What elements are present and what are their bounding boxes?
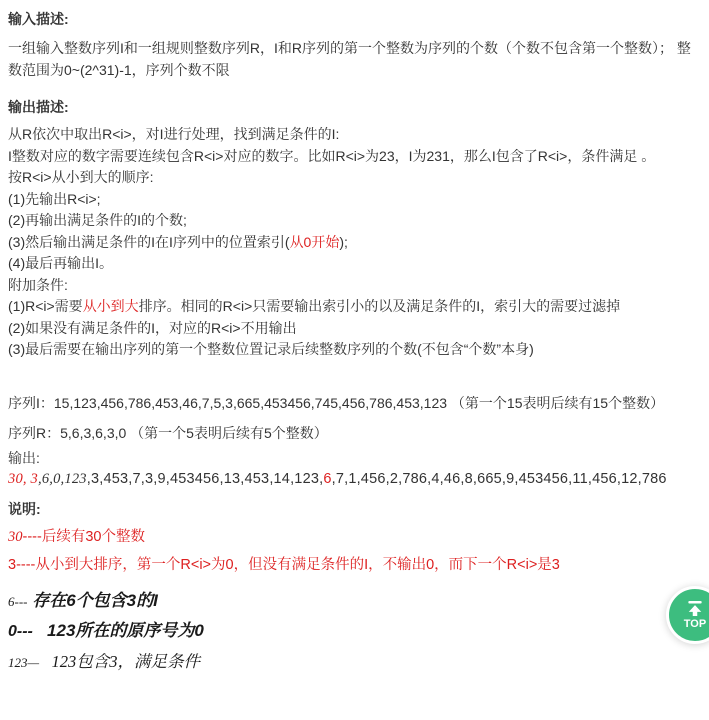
explanation-note-4: 0--- 123所在的原序号为0 (8, 619, 701, 644)
step-3-highlight: 从0开始 (290, 234, 340, 250)
output-desc-order: 按R<i>从小到大的顺序: (8, 167, 701, 189)
output-desc-step-3: (3)然后输出满足条件的I在I序列中的位置索引(从0开始); (8, 232, 701, 254)
input-description-heading: 输入描述: (8, 10, 701, 28)
explanation-note-2: 3----从小到大排序，第一个R<i>为0，但没有满足条件的I，不输出0，而下一… (8, 555, 701, 577)
output-description-body: 从R依次中取出R<i>，对I进行处理，找到满足条件的I: I整数对应的数字需要连… (8, 124, 701, 361)
problem-description-page: 输入描述: 一组输入整数序列I和一组规则整数序列R，I和R序列的第一个整数为序列… (0, 0, 709, 675)
note-5-prefix: 123— (8, 655, 39, 670)
step-3-text-end: ); (339, 234, 348, 250)
up-arrow-icon (685, 600, 705, 617)
extra-1-text: (1)R<i>需要 (8, 298, 83, 314)
note-1-prefix: 30 (8, 529, 23, 545)
output-description-heading: 输出描述: (8, 98, 701, 116)
extra-1-highlight: 从小到大 (83, 298, 139, 314)
extra-conditions-heading: 附加条件: (8, 275, 701, 297)
output-desc-step-4: (4)最后再输出I。 (8, 253, 701, 275)
output-run-italic: ,6,0,123 (38, 471, 87, 487)
explanation-note-5: 123— 123包含3，满足条件 (8, 650, 701, 675)
extra-condition-1: (1)R<i>需要从小到大排序。相同的R<i>只需要输出索引小的以及满足条件的I… (8, 296, 701, 318)
output-example: 输出: 30, 3,6,0,123,3,453,7,3,9,453456,13,… (8, 448, 701, 491)
sequence-r: 序列R：5,6,3,6,3,0 （第一个5表明后续有5个整数） (8, 423, 701, 445)
output-desc-intro-1: 从R依次中取出R<i>，对I进行处理，找到满足条件的I: (8, 124, 701, 146)
output-desc-intro-2: I整数对应的数字需要连续包含R<i>对应的数字。比如R<i>为23，I为231，… (8, 146, 701, 168)
output-desc-step-2: (2)再输出满足条件的I的个数; (8, 210, 701, 232)
input-description-body: 一组输入整数序列I和一组规则整数序列R，I和R序列的第一个整数为序列的个数（个数… (8, 38, 701, 81)
explanation-note-1: 30----后续有30个整数 (8, 527, 701, 549)
note-1-text: ----后续有30个整数 (23, 529, 145, 545)
extra-1-text-end: 排序。相同的R<i>只需要输出索引小的以及满足条件的I，索引大的需要过滤掉 (139, 298, 620, 314)
explanation-note-3: 6--- 存在6个包含3的I (8, 589, 701, 614)
output-run-count: 30, 3 (8, 471, 38, 487)
explanation-heading: 说明: (8, 500, 701, 518)
note-4-text: 123所在的原序号为0 (33, 621, 204, 640)
sequence-i: 序列I：15,123,456,786,453,46,7,5,3,665,4534… (8, 393, 701, 415)
output-run-highlight: 6 (323, 471, 331, 487)
note-3-text: 存在6个包含3的I (28, 591, 158, 610)
output-desc-step-1: (1)先输出R<i>; (8, 189, 701, 211)
extra-condition-2: (2)如果没有满足条件的I，对应的R<i>不用输出 (8, 318, 701, 340)
output-run-tail: ,7,1,456,2,786,4,46,8,665,9,453456,11,45… (332, 471, 667, 487)
output-values: 30, 3,6,0,123,3,453,7,3,9,453456,13,453,… (8, 469, 701, 491)
output-run-mid: ,3,453,7,3,9,453456,13,453,14,123, (87, 471, 324, 487)
step-3-text: (3)然后输出满足条件的I在I序列中的位置索引( (8, 234, 290, 250)
output-label: 输出: (8, 448, 701, 470)
note-3-prefix: 6--- (8, 594, 28, 609)
top-button-label: TOP (684, 618, 706, 631)
note-5-text: 123包含3，满足条件 (39, 652, 200, 671)
extra-condition-3: (3)最后需要在输出序列的第一个整数位置记录后续整数序列的个数(不包含“个数”本… (8, 339, 701, 361)
note-4-prefix: 0--- (8, 623, 33, 640)
